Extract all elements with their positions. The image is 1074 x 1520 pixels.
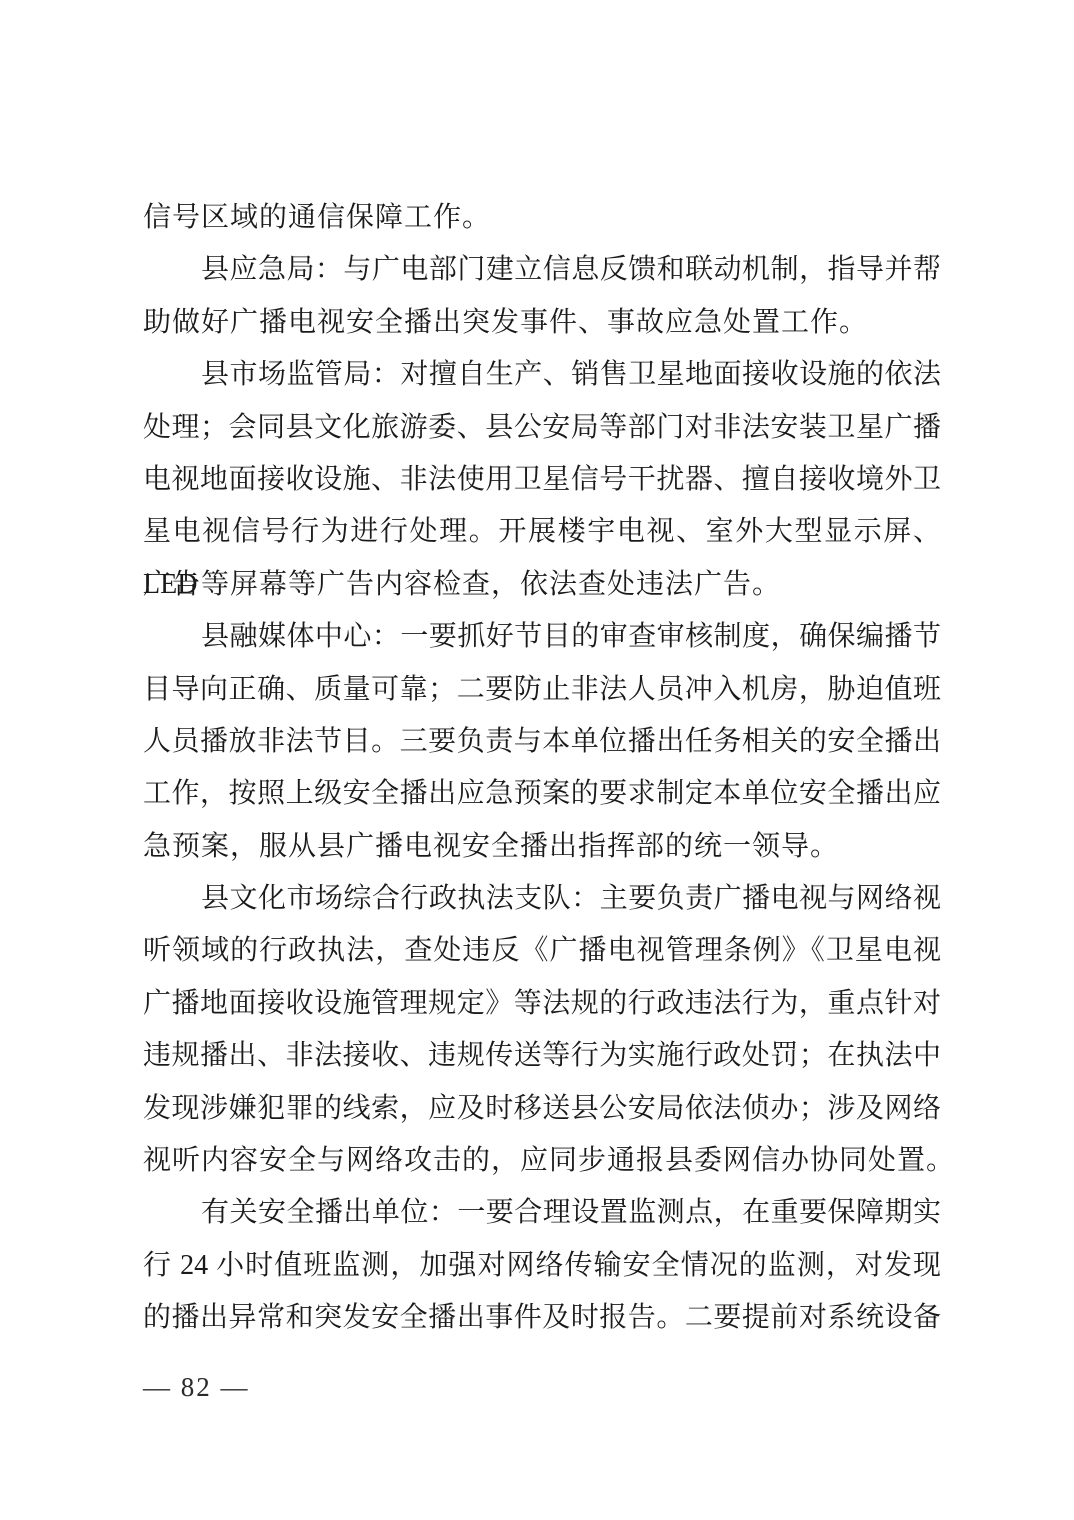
text-line: 县应急局：与广电部门建立信息反馈和联动机制，指导并帮 [143,244,941,296]
text-line: 广告等屏幕等广告内容检查，依法查处违法广告。 [143,559,941,611]
text-line: 的播出异常和突发安全播出事件及时报告。二要提前对系统设备 [143,1292,941,1344]
text-block: 信号区域的通信保障工作。 县应急局：与广电部门建立信息反馈和联动机制，指导并帮 … [143,192,941,1345]
text-line: 助做好广播电视安全播出突发事件、事故应急处置工作。 [143,297,941,349]
page-number: — 82 — [143,1372,250,1403]
text-line: 电视地面接收设施、非法使用卫星信号干扰器、擅自接收境外卫 [143,454,941,506]
text-line: 视听内容安全与网络攻击的，应同步通报县委网信办协同处置。 [143,1135,941,1187]
text-line: 听领域的行政执法，查处违反《广播电视管理条例》《卫星电视 [143,925,941,977]
text-line: 人员播放非法节目。三要负责与本单位播出任务相关的安全播出 [143,716,941,768]
text-line: 星电视信号行为进行处理。开展楼宇电视、室外大型显示屏、LED [143,506,941,558]
text-line: 违规播出、非法接收、违规传送等行为实施行政处罚；在执法中 [143,1030,941,1082]
document-page: 信号区域的通信保障工作。 县应急局：与广电部门建立信息反馈和联动机制，指导并帮 … [0,0,1074,1520]
text-line: 县融媒体中心：一要抓好节目的审查审核制度，确保编播节 [143,611,941,663]
text-line: 急预案，服从县广播电视安全播出指挥部的统一领导。 [143,821,941,873]
text-line: 发现涉嫌犯罪的线索，应及时移送县公安局依法侦办；涉及网络 [143,1083,941,1135]
text-line: 广播地面接收设施管理规定》等法规的行政违法行为，重点针对 [143,978,941,1030]
text-line: 有关安全播出单位：一要合理设置监测点，在重要保障期实 [143,1187,941,1239]
text-line: 县文化市场综合行政执法支队：主要负责广播电视与网络视 [143,873,941,925]
text-line: 目导向正确、质量可靠；二要防止非法人员冲入机房，胁迫值班 [143,664,941,716]
text-line: 处理；会同县文化旅游委、县公安局等部门对非法安装卫星广播 [143,402,941,454]
text-line: 县市场监管局：对擅自生产、销售卫星地面接收设施的依法 [143,349,941,401]
text-line: 工作，按照上级安全播出应急预案的要求制定本单位安全播出应 [143,768,941,820]
text-line: 信号区域的通信保障工作。 [143,192,941,244]
text-line: 行 24 小时值班监测，加强对网络传输安全情况的监测，对发现 [143,1240,941,1292]
